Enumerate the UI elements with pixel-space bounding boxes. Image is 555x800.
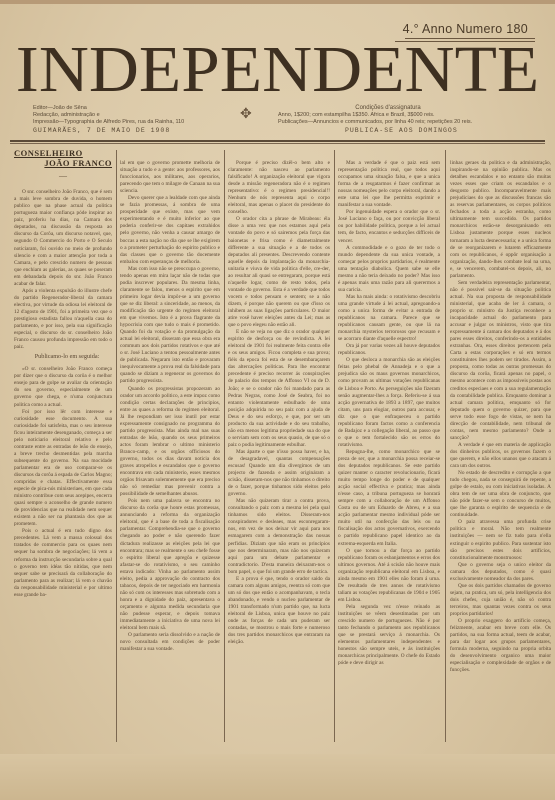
paragraph: Repugna-lhe, como monarchico que se prez… xyxy=(338,449,440,548)
column-4: Mas a verdade é que o paiz está sem repr… xyxy=(338,150,440,750)
paragraph: Pois nem uma palavra se encontra no disc… xyxy=(120,498,220,632)
paragraph: Mas áparte o que n'isso possa haver, e h… xyxy=(228,449,330,498)
paragraph: Por ingenuidade espera o orador que o sr… xyxy=(338,209,440,244)
paragraph: O que tornou a dar força ao partido repu… xyxy=(338,548,440,604)
headline-line-2: JOÃO FRANCO xyxy=(14,160,112,167)
paragraph: Mas a verdade é que o paiz está sem repr… xyxy=(338,160,440,209)
paragraph-intro: Publicamo-lo em seguida: xyxy=(14,353,112,360)
paragraph: Após a violenta expulsão do illustre che… xyxy=(14,288,112,351)
paragraph: O proprio exaggero do artificio começa, … xyxy=(450,618,551,674)
column-1: CONSELHEIRO JOÃO FRANCO — O snr. conselh… xyxy=(14,150,112,750)
ornament-icon: ✥ xyxy=(240,106,252,123)
column-2: lal em que o governo promette melhoria d… xyxy=(120,150,220,750)
editorial-info: Editor—João de Sêna Redacção, administra… xyxy=(33,105,184,126)
editor-line: Editor—João de Sêna xyxy=(33,105,184,112)
paragraph: O paiz atravessa uma profunda crise poli… xyxy=(450,519,551,561)
paragraph: O orador cita a phrase de Mirabeau: éla … xyxy=(228,216,330,329)
paragraph: E a prova é que, tendo o orador saido da… xyxy=(228,576,330,646)
paragraph: Que os dois partidos chamados de governo… xyxy=(450,583,551,618)
masthead-title: INDEPENDENTE xyxy=(7,40,548,100)
article-columns: CONSELHEIRO JOÃO FRANCO — O snr. conselh… xyxy=(10,150,549,750)
publication-schedule: PUBLICA-SE AOS DOMINGOS xyxy=(345,127,458,134)
paragraph: linhas geraes da politica e da administr… xyxy=(450,160,551,280)
headline-line-1: CONSELHEIRO xyxy=(14,150,112,157)
column-divider xyxy=(116,150,117,742)
subscription-info: Condições d'assignatura Anno, 1$200; com… xyxy=(278,105,498,126)
paragraph: Mas com isso não se preoccupa o governo,… xyxy=(120,266,220,386)
paragraph: Quando os progressistas propozeram ao or… xyxy=(120,386,220,499)
column-divider xyxy=(334,150,335,742)
dateline: GUIMARÃES, 7 DE MAIO DE 1908 xyxy=(33,127,170,134)
paragraph: Pela segunda vez n'esse reinado as insti… xyxy=(338,604,440,667)
column-5: linhas geraes da politica e da administr… xyxy=(450,150,551,750)
paragraph: lal em que o governo promette melhoria d… xyxy=(120,160,220,195)
redaccao-line: Redacção, administração e xyxy=(33,112,184,119)
subscription-line-2: Publicações—Annuncios e communicados, po… xyxy=(278,119,498,126)
paragraph: Sem verdadeira representação parlamentar… xyxy=(450,280,551,442)
paragraph: Ora já por varias vezes ali houve deputa… xyxy=(338,343,440,357)
paragraph: E não se veja no que diz o orador qualqu… xyxy=(228,329,330,449)
impressao-line: Impressão—Typographia de Alfredo Pires, … xyxy=(33,119,184,126)
column-divider xyxy=(445,150,446,742)
paragraph: Foi por isso lêr com interesse e curiosi… xyxy=(14,409,112,529)
paragraph: O parlamento seria dissolvido e a nação … xyxy=(120,632,220,653)
paragraph: Pois o actual é em tudo digno dos preced… xyxy=(14,528,112,598)
header-rule xyxy=(10,143,545,144)
paragraph: A commodidade e o gozo de ter todo o mun… xyxy=(338,245,440,294)
paragraph: O que desloca a monarchia são as eleiçõe… xyxy=(338,357,440,449)
column-3: Porque é preciso dizêl-o bem alto e clar… xyxy=(228,150,330,750)
page-bottom-margin xyxy=(0,754,555,800)
paragraph: A verdade é que em materia de applicação… xyxy=(450,442,551,470)
header-rule xyxy=(10,140,545,142)
paragraph: O snr. conselheiro João Franco, que é se… xyxy=(14,189,112,288)
newspaper-page: 4.° Anno Numero 180 INDEPENDENTE Editor—… xyxy=(0,0,555,800)
paragraph: No estado de descredito e corrupção a qu… xyxy=(450,470,551,519)
paragraph: Que o governo seja o unico eleitor da ca… xyxy=(450,562,551,583)
subscription-line-1: Anno, 1$200; com estampilha 1$350. Afric… xyxy=(278,112,498,119)
column-divider xyxy=(224,150,225,742)
page-top-edge xyxy=(0,0,555,4)
paragraph: «O sr. conselheiro João Franco começa po… xyxy=(14,366,112,408)
subscription-title: Condições d'assignatura xyxy=(278,105,498,112)
paragraph: Mas ha mais ainda: o rotativismo descobr… xyxy=(338,294,440,343)
paragraph: Devo querer que a lealdade com que ainda… xyxy=(120,195,220,265)
paragraph: Porque é preciso dizêl-o bem alto e clar… xyxy=(228,160,330,216)
headline-separator: — xyxy=(14,172,112,179)
paragraph: Mas não quizeram tirar a contra prova, c… xyxy=(228,498,330,576)
